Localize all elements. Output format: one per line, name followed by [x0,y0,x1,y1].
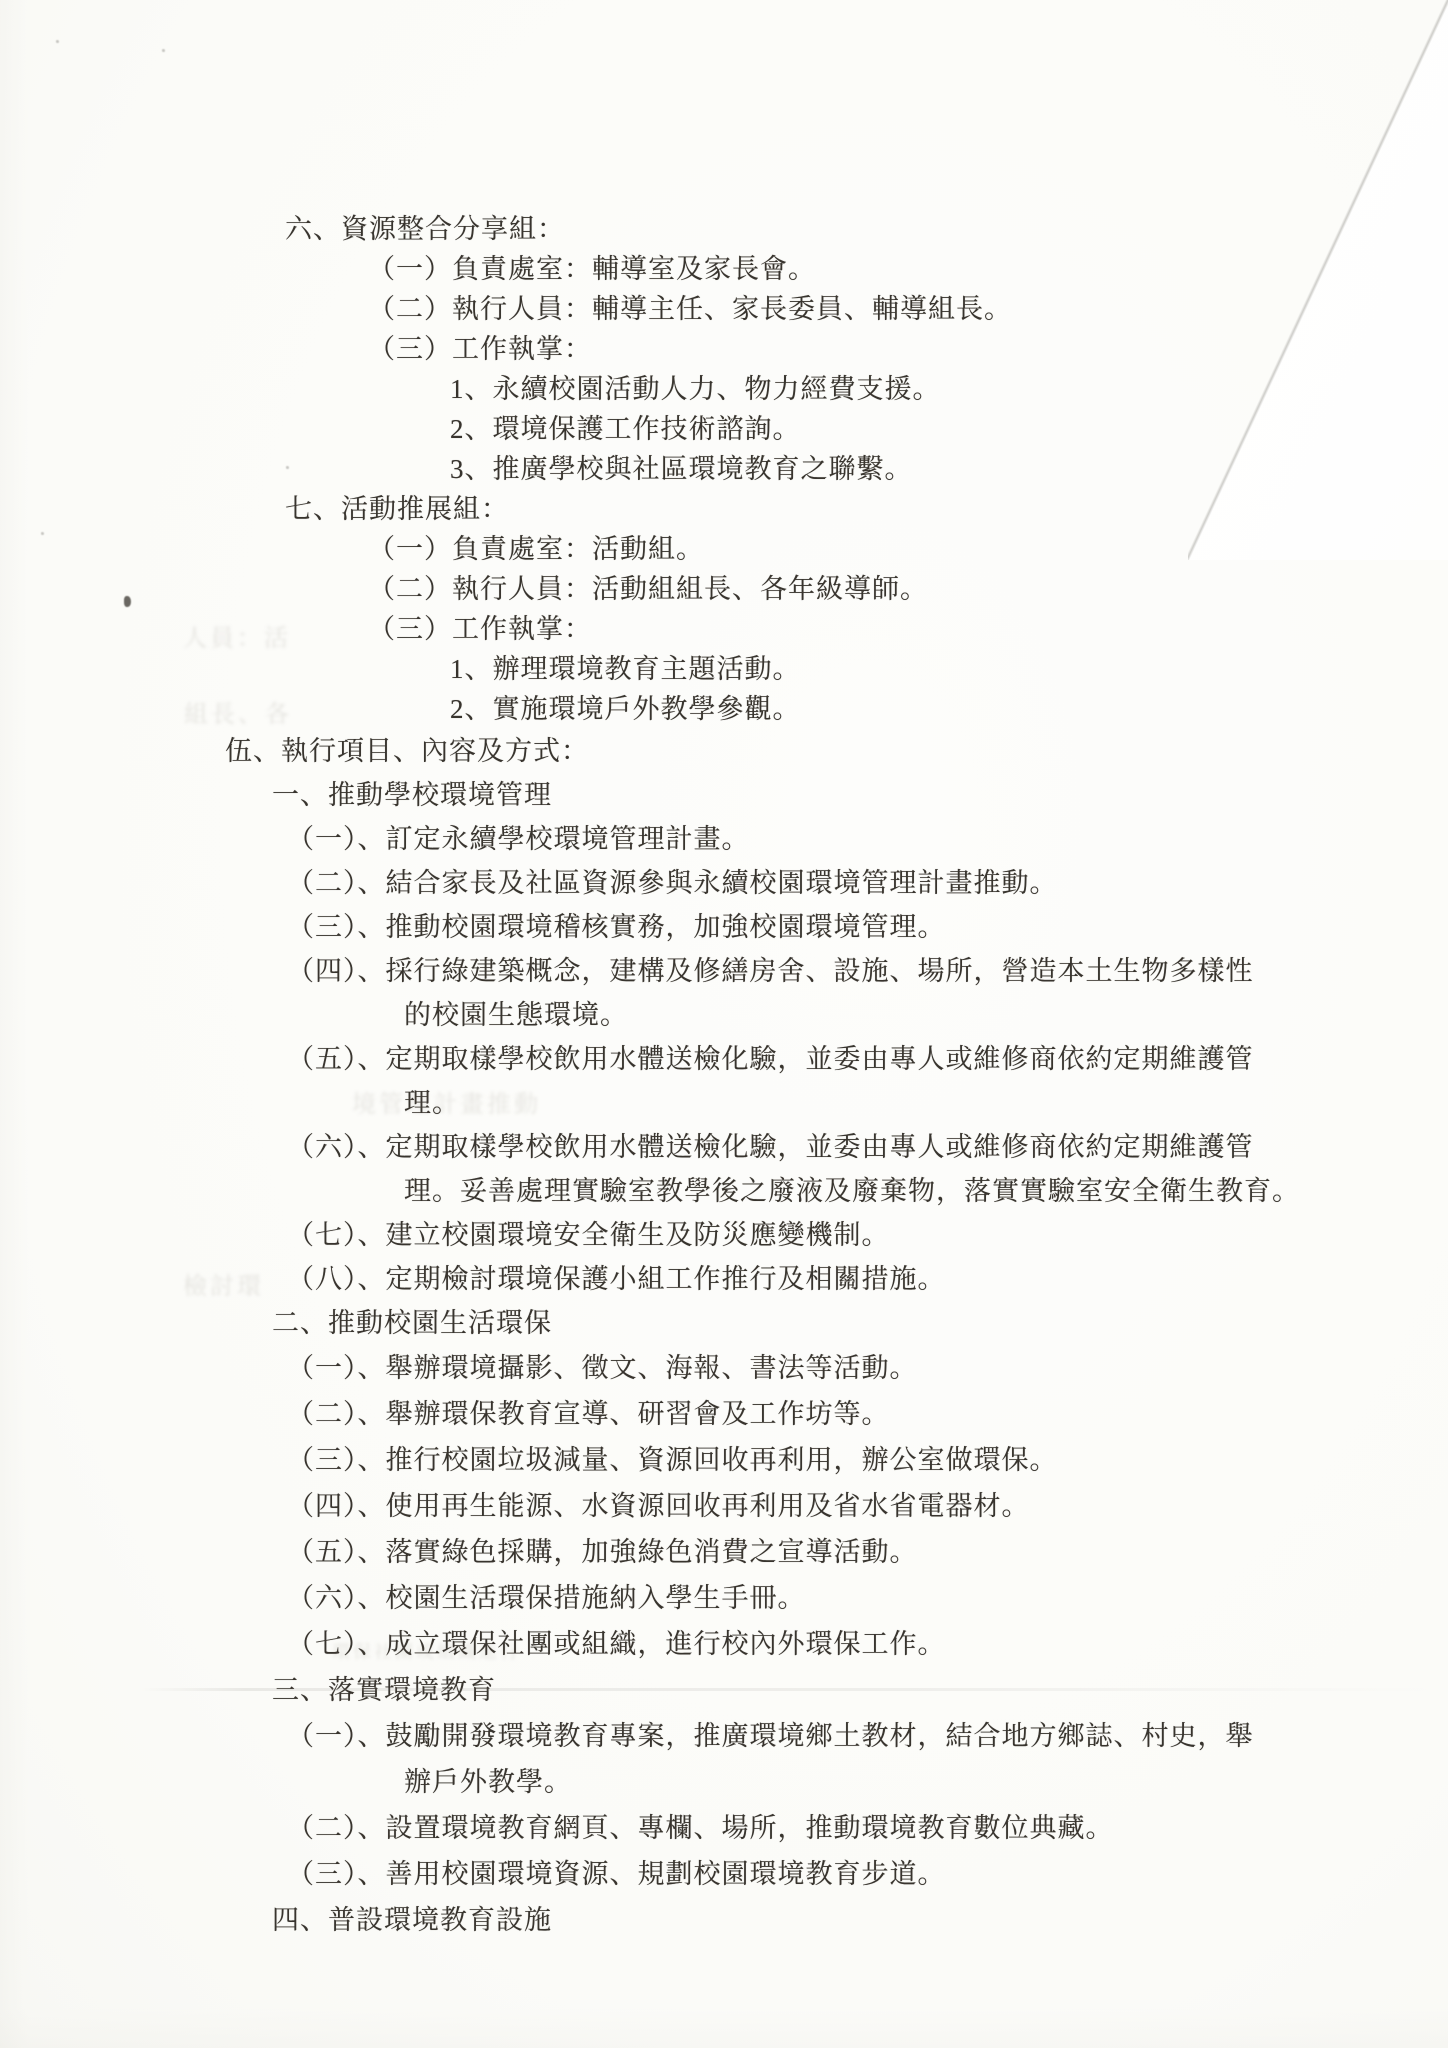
text-line: 3、推廣學校與社區環境教育之聯繫。 [0,449,1448,489]
text-line: （二）、結合家長及社區資源參與永續校園環境管理計畫推動。 [0,861,1448,905]
text-line: 2、實施環境戶外教學參觀。 [0,689,1448,729]
text-line: （八）、定期檢討環境保護小組工作推行及相關措施。 [0,1257,1448,1301]
text-line: 四、普設環境教育設施 [0,1897,1448,1943]
text-line: （二）、舉辦環保教育宣導、研習會及工作坊等。 [0,1391,1448,1437]
text-line: （一）、訂定永續學校環境管理計畫。 [0,817,1448,861]
text-line: 三、落實環境教育 [0,1667,1448,1713]
text-line: （六）、校園生活環保措施納入學生手冊。 [0,1575,1448,1621]
text-line: 理。 [0,1081,1448,1125]
text-line: （一）、舉辦環境攝影、徵文、海報、書法等活動。 [0,1345,1448,1391]
text-line: （三）工作執掌： [0,329,1448,369]
scan-speck [162,49,165,52]
text-line: 六、資源整合分享組： [0,209,1448,249]
scanned-document-page: 六、資源整合分享組：（一）負責處室：輔導室及家長會。（二）執行人員：輔導主任、家… [0,0,1448,2048]
text-line: （六）、定期取樣學校飲用水體送檢化驗，並委由專人或維修商依約定期維護管 [0,1125,1448,1169]
text-line: （一）負責處室：輔導室及家長會。 [0,249,1448,289]
text-line: 伍、執行項目、內容及方式： [0,729,1448,773]
text-line: （二）執行人員：輔導主任、家長委員、輔導組長。 [0,289,1448,329]
document-text: 六、資源整合分享組：（一）負責處室：輔導室及家長會。（二）執行人員：輔導主任、家… [0,209,1448,1943]
section-campus-eco-items: （一）、舉辦環境攝影、徵文、海報、書法等活動。（二）、舉辦環保教育宣導、研習會及… [0,1345,1448,1943]
text-line: 的校園生態環境。 [0,993,1448,1037]
text-line: 1、永續校園活動人力、物力經費支援。 [0,369,1448,409]
text-line: （七）、建立校園環境安全衛生及防災應變機制。 [0,1213,1448,1257]
text-line: 二、推動校園生活環保 [0,1301,1448,1345]
text-line: （二）、設置環境教育網頁、專欄、場所，推動環境教育數位典藏。 [0,1805,1448,1851]
scan-speck [56,40,59,43]
text-line: （三）、推動校園環境稽核實務，加強校園環境管理。 [0,905,1448,949]
text-line: （五）、落實綠色採購，加強綠色消費之宣導活動。 [0,1529,1448,1575]
section-execution-items: 伍、執行項目、內容及方式：一、推動學校環境管理（一）、訂定永續學校環境管理計畫。… [0,729,1448,1345]
text-line: 理。妥善處理實驗室教學後之廢液及廢棄物，落實實驗室安全衛生教育。 [0,1169,1448,1213]
text-line: （四）、採行綠建築概念，建構及修繕房舍、設施、場所，營造本土生物多樣性 [0,949,1448,993]
text-line: （三）工作執掌： [0,609,1448,649]
text-line: 一、推動學校環境管理 [0,773,1448,817]
text-line: 2、環境保護工作技術諮詢。 [0,409,1448,449]
text-line: （一）、鼓勵開發環境教育專案，推廣環境鄉土教材，結合地方鄉誌、村史，舉 [0,1713,1448,1759]
text-line: （四）、使用再生能源、水資源回收再利用及省水省電器材。 [0,1483,1448,1529]
text-line: （二）執行人員：活動組組長、各年級導師。 [0,569,1448,609]
text-line: （七）、成立環保社團或組織，進行校內外環保工作。 [0,1621,1448,1667]
text-line: （三）、推行校園垃圾減量、資源回收再利用，辦公室做環保。 [0,1437,1448,1483]
section-group-assignments: 六、資源整合分享組：（一）負責處室：輔導室及家長會。（二）執行人員：輔導主任、家… [0,209,1448,729]
text-line: 1、辦理環境教育主題活動。 [0,649,1448,689]
text-line: 七、活動推展組： [0,489,1448,529]
text-line: 辦戶外教學。 [0,1759,1448,1805]
text-line: （五）、定期取樣學校飲用水體送檢化驗，並委由專人或維修商依約定期維護管 [0,1037,1448,1081]
text-line: （三）、善用校園環境資源、規劃校園環境教育步道。 [0,1851,1448,1897]
text-line: （一）負責處室：活動組。 [0,529,1448,569]
